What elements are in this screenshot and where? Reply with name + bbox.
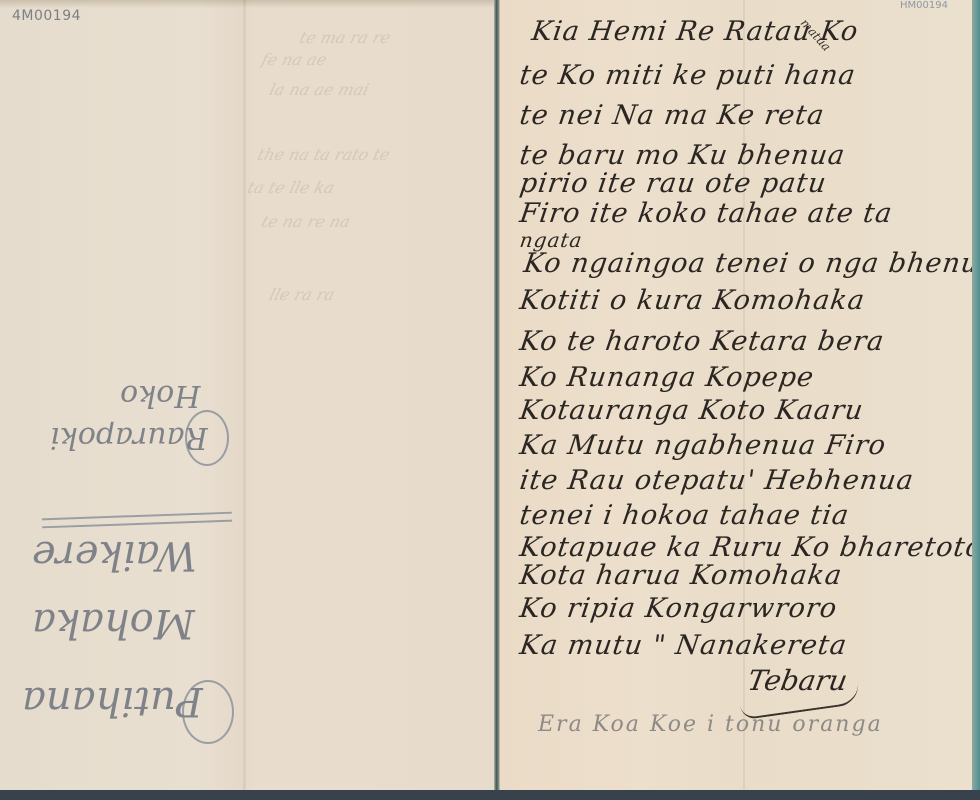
docket-line: Putihana: [22, 678, 203, 724]
letter-line: Kotauranga Koto Kaaru: [518, 395, 866, 426]
pencil-docket: Putihana Mohaka Waikere Raurapoki Hoko: [0, 360, 250, 790]
archive-reference-right: HM00194: [900, 0, 948, 11]
letter-line: Ko ngaingoa tenei o nga bhenu: [522, 248, 980, 279]
left-page: 4M00194 te ma ra re fe na ae la na ae ma…: [0, 0, 497, 790]
letter-line: tenei i hokoa tahae tia: [518, 500, 852, 531]
bleed-through-text: te ma ra re: [297, 28, 392, 47]
pencil-note: Era Koa Koe i tonu oranga: [538, 712, 883, 737]
letter-line: ite Rau otepatu' Hebhenua: [518, 465, 916, 496]
manuscript-scan: 4M00194 te ma ra re fe na ae la na ae ma…: [0, 0, 980, 790]
letter-line: Kotiti o kura Komohaka: [518, 285, 867, 316]
bleed-through-text: te na re na: [259, 212, 352, 231]
letter-line: Kotapuae ka Ruru Ko bharetoto: [518, 532, 980, 563]
bleed-through-text: la na ae mai: [267, 80, 371, 99]
letter-line: te nei Na ma Ke reta: [518, 100, 827, 131]
scan-edge: [972, 0, 980, 790]
letter-line: Ko te haroto Ketara bera: [518, 326, 887, 357]
bleed-through-text: lle ra ra: [267, 285, 336, 304]
letter-line: pirio ite rau ote patu: [518, 168, 829, 199]
docket-line: Hoko: [120, 378, 200, 413]
docket-line: Raurapoki: [50, 420, 208, 455]
letter-line: Ka Mutu ngabhenua Firo: [518, 430, 888, 461]
top-shadow: [0, 0, 500, 8]
scan-background-bar: [0, 790, 980, 800]
letter-line: te Ko miti ke puti hana: [518, 60, 858, 91]
bleed-through-text: fe na ae: [259, 50, 329, 69]
archive-reference: 4M00194: [12, 8, 81, 24]
bleed-through-text: ta te lle ka: [245, 178, 336, 197]
letter-line: Ko ripia Kongarwroro: [518, 593, 840, 624]
letter-line: Kota harua Komohaka: [518, 560, 845, 591]
letter-line: Firo ite koko tahae ate ta: [518, 198, 895, 229]
letter-line: Ka mutu " Nanakereta: [518, 630, 849, 661]
letter-line: te baru mo Ku bhenua: [518, 140, 848, 171]
bleed-through-text: the na ta rato te: [255, 145, 392, 164]
docket-line: Mohaka: [32, 600, 195, 646]
docket-rule: [42, 512, 232, 529]
letter-line: Kia Hemi Re Ratau Ko: [530, 16, 861, 47]
docket-line: Waikere: [32, 532, 197, 578]
letter-line: Ko Runanga Kopepe: [518, 362, 816, 393]
